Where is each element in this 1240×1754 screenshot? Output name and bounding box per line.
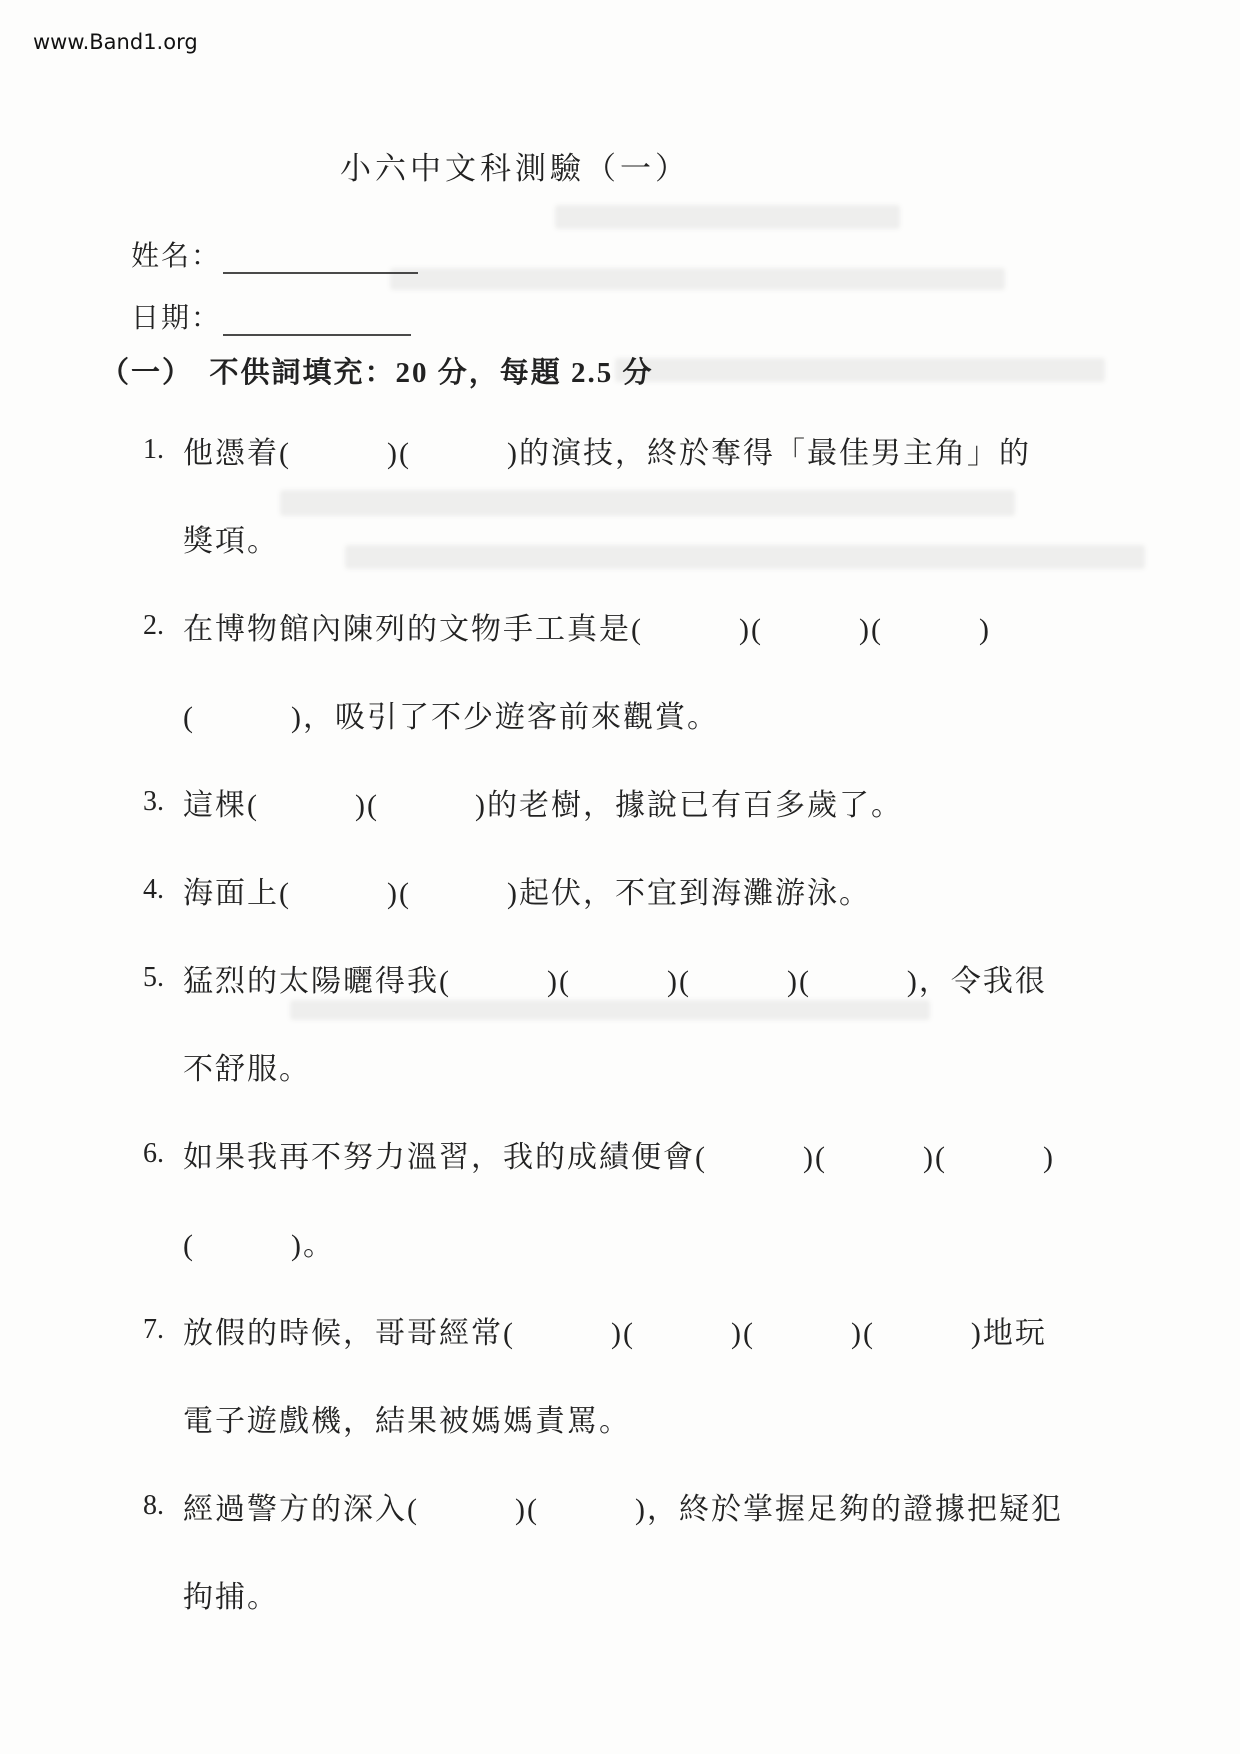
question-line: 8.經過警方的深入( )( )，終於掌握足夠的證據把疑犯 [143, 1462, 1203, 1550]
bleed-through-smudge [555, 205, 900, 229]
question-line: 電子遊戲機，結果被媽媽責罵。 [143, 1374, 1203, 1462]
question-text: 如果我再不努力溫習，我的成績便會( )( )( ) [183, 1132, 1055, 1176]
title-container: 小六中文科測驗（一） [0, 143, 1030, 188]
scanned-test-paper: www.Band1.org 小六中文科測驗（一） 姓名： 日期： （一） 不供詞… [0, 0, 1240, 1754]
question-line: 1.他憑着( )( )的演技，終於奪得「最佳男主角」的 [143, 406, 1203, 494]
question-line: ( )，吸引了不少遊客前來觀賞。 [143, 670, 1203, 758]
watermark-url: www.Band1.org [33, 30, 198, 54]
question-text: ( )，吸引了不少遊客前來觀賞。 [183, 692, 719, 736]
question-text: 不舒服。 [183, 1044, 311, 1088]
question-number: 4. [143, 874, 183, 906]
question-line: 2.在博物館內陳列的文物手工真是( )( )( ) [143, 582, 1203, 670]
date-label: 日期： [131, 303, 221, 334]
question-text: 海面上( )( )起伏，不宜到海灘游泳。 [183, 868, 871, 912]
question-text: 電子遊戲機，結果被媽媽責罵。 [183, 1396, 631, 1440]
question-number: 6. [143, 1138, 183, 1170]
question-text: 拘捕。 [183, 1572, 279, 1616]
question-line: 3.這棵( )( )的老樹，據說已有百多歲了。 [143, 758, 1203, 846]
question-line: ( )。 [143, 1198, 1203, 1286]
date-blank-line [223, 302, 411, 336]
page-title: 小六中文科測驗（一） [340, 143, 690, 188]
question-text: 他憑着( )( )的演技，終於奪得「最佳男主角」的 [183, 428, 1031, 472]
question-number: 5. [143, 962, 183, 994]
question-text: 這棵( )( )的老樹，據說已有百多歲了。 [183, 780, 903, 824]
question-number: 3. [143, 786, 183, 818]
question-text: 經過警方的深入( )( )，終於掌握足夠的證據把疑犯 [183, 1484, 1063, 1528]
question-number: 1. [143, 434, 183, 466]
question-line: 拘捕。 [143, 1550, 1203, 1638]
question-line: 4.海面上( )( )起伏，不宜到海灘游泳。 [143, 846, 1203, 934]
bleed-through-smudge [390, 268, 1005, 290]
bleed-through-smudge [615, 358, 1105, 382]
question-list: 1.他憑着( )( )的演技，終於奪得「最佳男主角」的獎項。2.在博物館內陳列的… [143, 406, 1203, 1638]
question-line: 5.猛烈的太陽曬得我( )( )( )( )，令我很 [143, 934, 1203, 1022]
question-text: 猛烈的太陽曬得我( )( )( )( )，令我很 [183, 956, 1047, 1000]
question-number: 2. [143, 610, 183, 642]
question-text: 獎項。 [183, 516, 279, 560]
question-text: 在博物館內陳列的文物手工真是( )( )( ) [183, 604, 991, 648]
question-number: 8. [143, 1490, 183, 1522]
question-text: 放假的時候，哥哥經常( )( )( )( )地玩 [183, 1308, 1047, 1352]
section-heading: （一） 不供詞填充：20 分，每題 2.5 分 [100, 350, 654, 391]
question-line: 獎項。 [143, 494, 1203, 582]
question-line: 不舒服。 [143, 1022, 1203, 1110]
question-line: 6.如果我再不努力溫習，我的成績便會( )( )( ) [143, 1110, 1203, 1198]
question-line: 7.放假的時候，哥哥經常( )( )( )( )地玩 [143, 1286, 1203, 1374]
question-text: ( )。 [183, 1220, 335, 1264]
question-number: 7. [143, 1314, 183, 1346]
